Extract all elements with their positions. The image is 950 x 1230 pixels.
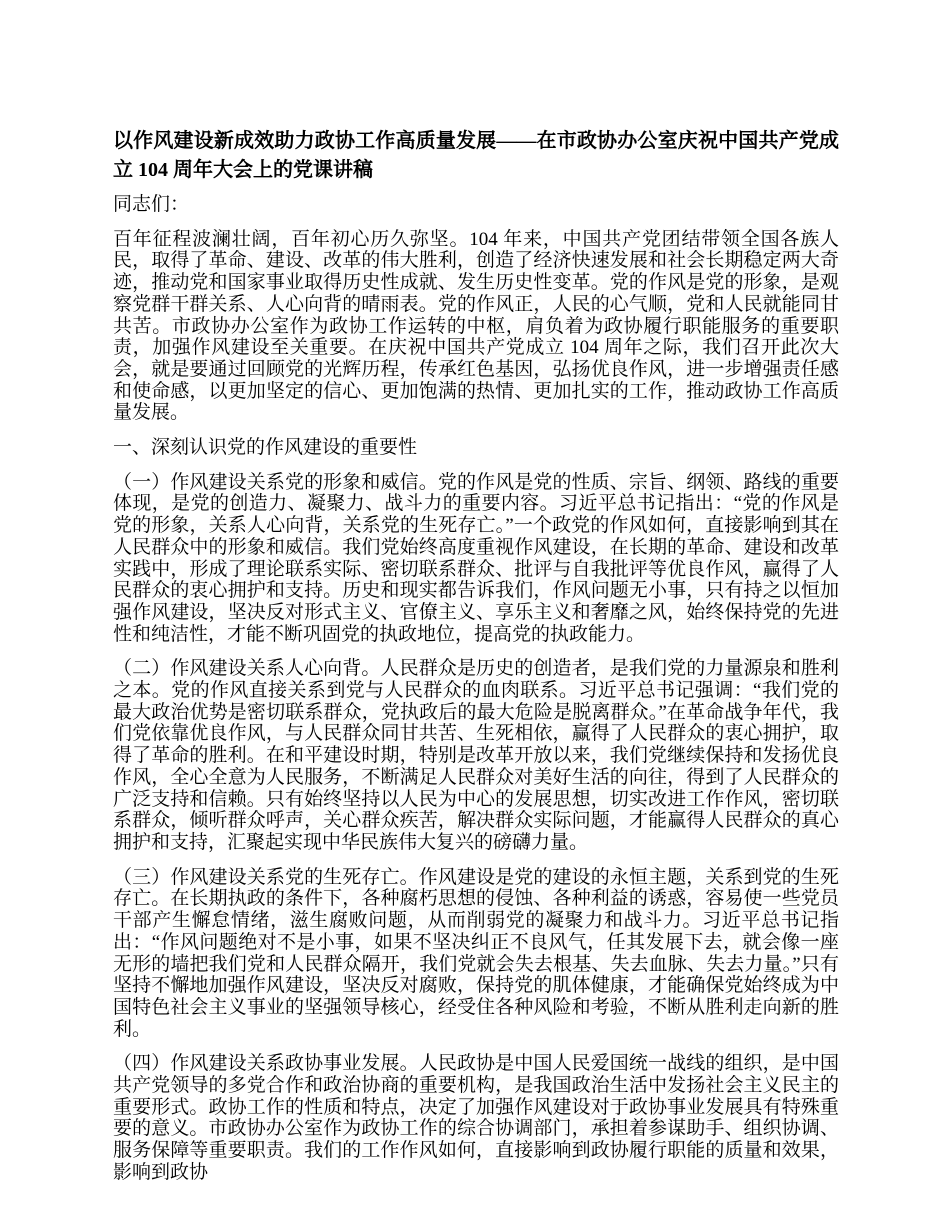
intro-paragraph: 百年征程波澜壮阔，百年初心历久弥坚。104 年来，中国共产党团结带领全国各族人民…: [113, 229, 839, 424]
paragraph-point-1: （一）作风建设关系党的形象和威信。党的作风是党的性质、宗旨、纲领、路线的重要体现…: [113, 472, 839, 646]
paragraph-point-3: （三）作风建设关系党的生死存亡。作风建设是党的建设的永恒主题，关系到党的生死存亡…: [113, 867, 839, 1041]
document-content: 以作风建设新成效助力政协工作高质量发展——在市政协办公室庆祝中国共产党成立 10…: [113, 127, 839, 1197]
paragraph-point-4: （四）作风建设关系政协事业发展。人民政协是中国人民爱国统一战线的组织，是中国共产…: [113, 1053, 839, 1183]
paragraph-point-2: （二）作风建设关系人心向背。人民群众是历史的创造者，是我们党的力量源泉和胜利之本…: [113, 658, 839, 853]
document-page: 以作风建设新成效助力政协工作高质量发展——在市政协办公室庆祝中国共产党成立 10…: [0, 0, 950, 1230]
section-heading-1: 一、深刻认识党的作风建设的重要性: [113, 437, 839, 459]
document-title: 以作风建设新成效助力政协工作高质量发展——在市政协办公室庆祝中国共产党成立 10…: [113, 127, 839, 185]
salutation: 同志们：: [113, 194, 839, 216]
